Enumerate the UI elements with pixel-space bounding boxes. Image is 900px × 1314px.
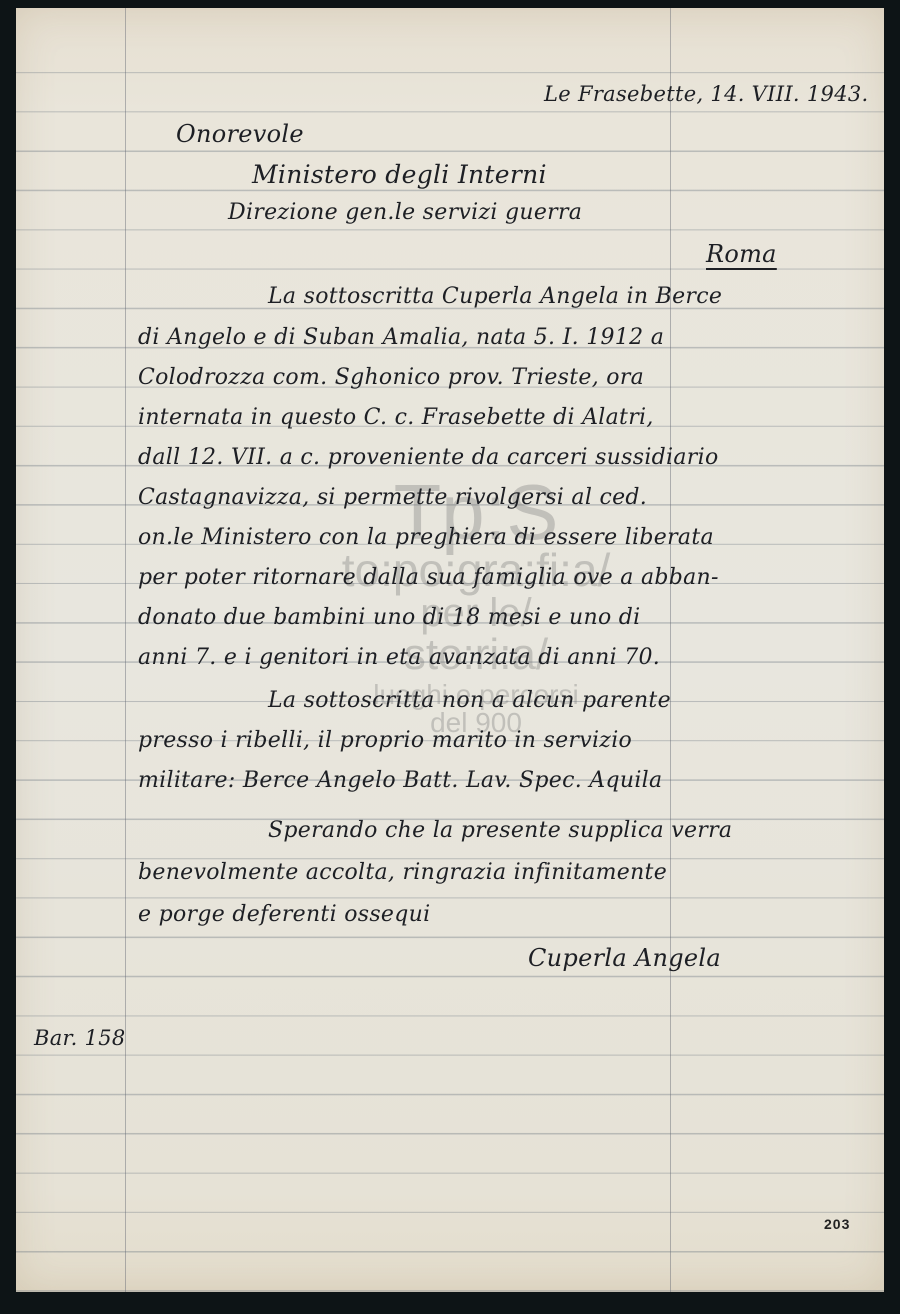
body-line: Sperando che la presente supplica verra [268, 818, 732, 843]
left-margin-line [125, 8, 126, 1292]
body-line: Colodrozza com. Sghonico prov. Trieste, … [138, 365, 644, 390]
addressee-city: Roma [706, 240, 777, 268]
signature: Cuperla Angela [528, 944, 721, 972]
body-line: La sottoscritta Cuperla Angela in Berce [268, 284, 722, 309]
body-line: di Angelo e di Suban Amalia, nata 5. I. … [138, 325, 664, 350]
body-line: per poter ritornare dalla sua famiglia o… [138, 565, 719, 590]
place-date: Le Frasebette, 14. VIII. 1943. [544, 82, 869, 106]
body-line: presso i ribelli, il proprio marito in s… [138, 728, 632, 753]
body-line: militare: Berce Angelo Batt. Lav. Spec. … [138, 768, 662, 793]
body-line: anni 7. e i genitori in eta avanzata di … [138, 645, 660, 670]
margin-note: Bar. 158 [34, 1026, 126, 1050]
body-line: donato due bambini uno di 18 mesi e uno … [138, 605, 641, 630]
body-line: La sottoscritta non a alcun parente [268, 688, 671, 713]
body-line: Castagnavizza, si permette rivolgersi al… [138, 485, 647, 510]
addressee-ministry: Ministero degli Interni [252, 160, 547, 189]
page-number: 203 [824, 1216, 850, 1232]
body-line: e porge deferenti ossequi [138, 902, 430, 927]
body-line: dall 12. VII. a c. proveniente da carcer… [138, 445, 719, 470]
body-line: benevolmente accolta, ringrazia infinita… [138, 860, 667, 885]
body-line: on.le Ministero con la preghiera di esse… [138, 525, 714, 550]
addressee-department: Direzione gen.le servizi guerra [228, 200, 582, 225]
body-line: internata in questo C. c. Frasebette di … [138, 405, 654, 430]
letter-paper: Tp:S to:po:gra:fi:a/ per le/ sto:ri:a/ l… [16, 8, 884, 1292]
salutation: Onorevole [176, 120, 304, 148]
